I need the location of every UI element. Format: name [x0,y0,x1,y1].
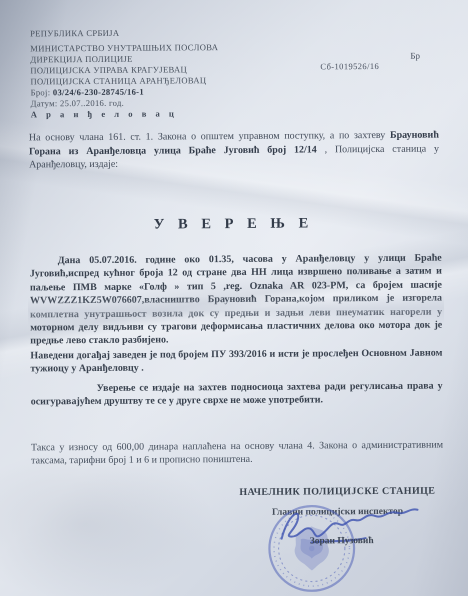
body-paragraph-tax: Такса у износу од 600,00 динара наплаћен… [31,439,443,469]
signatory-name: Зоран Пузовић [272,536,412,547]
body-paragraph-purpose: Уверење се издаје на захтев подносиоца з… [31,380,443,410]
certificate-page: РЕПУБЛИКА СРБИЈА МИНИСТАРСТВО УНУТРАШЊИХ… [0,0,468,596]
document-place: А р а н ђ е л о в а ц [31,107,331,120]
body-paragraph-case-number: Наведени догађај заведен је под бројем П… [30,347,442,377]
document-photo: РЕПУБЛИКА СРБИЈА МИНИСТАРСТВО УНУТРАШЊИХ… [0,0,468,596]
signature-block: НАЧЕЛНИК ПОЛИЦИЈСКЕ СТАНИЦЕ Главни полиц… [229,486,445,519]
document-date-label: Датум: [31,98,58,108]
certificate-title: У В Е Р Е Њ Е [0,214,468,234]
reference-number: Сб-1019526/16 [320,61,379,71]
intro-paragraph: На основу члана 161. ст. 1. Закона о опш… [29,129,439,172]
document-number-label: Број: [31,87,51,97]
letterhead: РЕПУБЛИКА СРБИЈА МИНИСТАРСТВО УНУТРАШЊИХ… [30,26,331,120]
body-paragraph-incident: Дана 05.07.2016. године око 01.35, часов… [30,252,443,349]
document-date-value: 25.07..2016. год. [60,98,124,108]
handwritten-signature [257,496,427,559]
br-label: Бр [410,51,420,61]
intro-text-pre: На основу члана 161. ст. 1. Закона о опш… [29,130,390,144]
document-number-value: 03/24/6-230-28745/16-1 [53,87,144,98]
